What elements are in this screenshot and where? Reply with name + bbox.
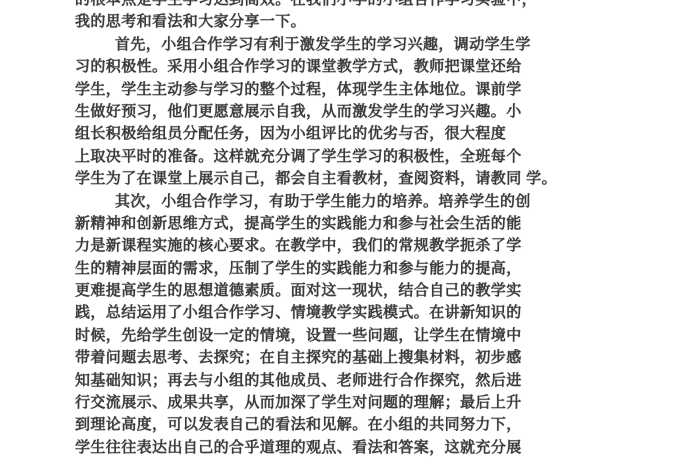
text-line: 知基础知识；再去与小组的其他成员、老师进行合作探究，然后进 (75, 370, 555, 392)
text-line: 行交流展示、成果共享，从而加深了学生对问题的理解；最后上升 (75, 392, 555, 414)
text-line: 带着问题去思考、去探究；在自主探究的基础上搜集材料，初步感 (75, 347, 555, 369)
text-line: 学生往往表达出自己的合乎道理的观点、看法和答案，这就充分展 (75, 437, 555, 459)
text-line: 上取决平时的准备。这样就充分调了学生学习的积极性，全班每个 (75, 146, 555, 168)
text-line: 更难提高学生的思想道德素质。面对这一现状，结合自己的教学实 (75, 280, 555, 302)
text-line: 首先，小组合作学习有利于激发学生的学习兴趣，调动学生学 (75, 34, 555, 56)
text-line: 到理论高度，可以发表自己的看法和见解。在小组的共同努力下， (75, 414, 555, 436)
text-line: 力是新课程实施的核心要求。在教学中，我们的常规教学扼杀了学 (75, 235, 555, 257)
text-line: 践，总结运用了小组合作学习、情境教学实践模式。在讲新知识的 (75, 302, 555, 324)
text-line: 组长积极给组员分配任务，因为小组评比的优劣与否，很大程度 (75, 123, 555, 145)
text-line: 生做好预习，他们更愿意展示自我，从而激发学生的学习兴趣。小 (75, 101, 555, 123)
text-line: 学生为了在课堂上展示自己，都会自主看教材，查阅资料，请教同 学。 (75, 168, 555, 190)
text-block: 的根本点是学生学习达到高效。在我们小学的小组合作学习实验中，我的思考和看法和大家… (75, 0, 555, 459)
text-line: 其次，小组合作学习，有助于学生能力的培养。培养学生的创 (75, 191, 555, 213)
text-line: 生的精神层面的需求，压制了学生的实践能力和参与能力的提高， (75, 258, 555, 280)
text-line: 的根本点是学生学习达到高效。在我们小学的小组合作学习实验中， (75, 0, 555, 11)
text-line: 学生，学生主动参与学习的整个过程，体现学生主体地位。课前学 (75, 79, 555, 101)
document-page: 的根本点是学生学习达到高效。在我们小学的小组合作学习实验中，我的思考和看法和大家… (0, 0, 700, 470)
text-line: 习的积极性。采用小组合作学习的课堂教学方式，教师把课堂还给 (75, 56, 555, 78)
text-line: 时候，先给学生创设一定的情境，设置一些问题，让学生在情境中 (75, 325, 555, 347)
text-line: 我的思考和看法和大家分享一下。 (75, 11, 555, 33)
text-line: 新精神和创新思维方式，提高学生的实践能力和参与社会生活的能 (75, 213, 555, 235)
